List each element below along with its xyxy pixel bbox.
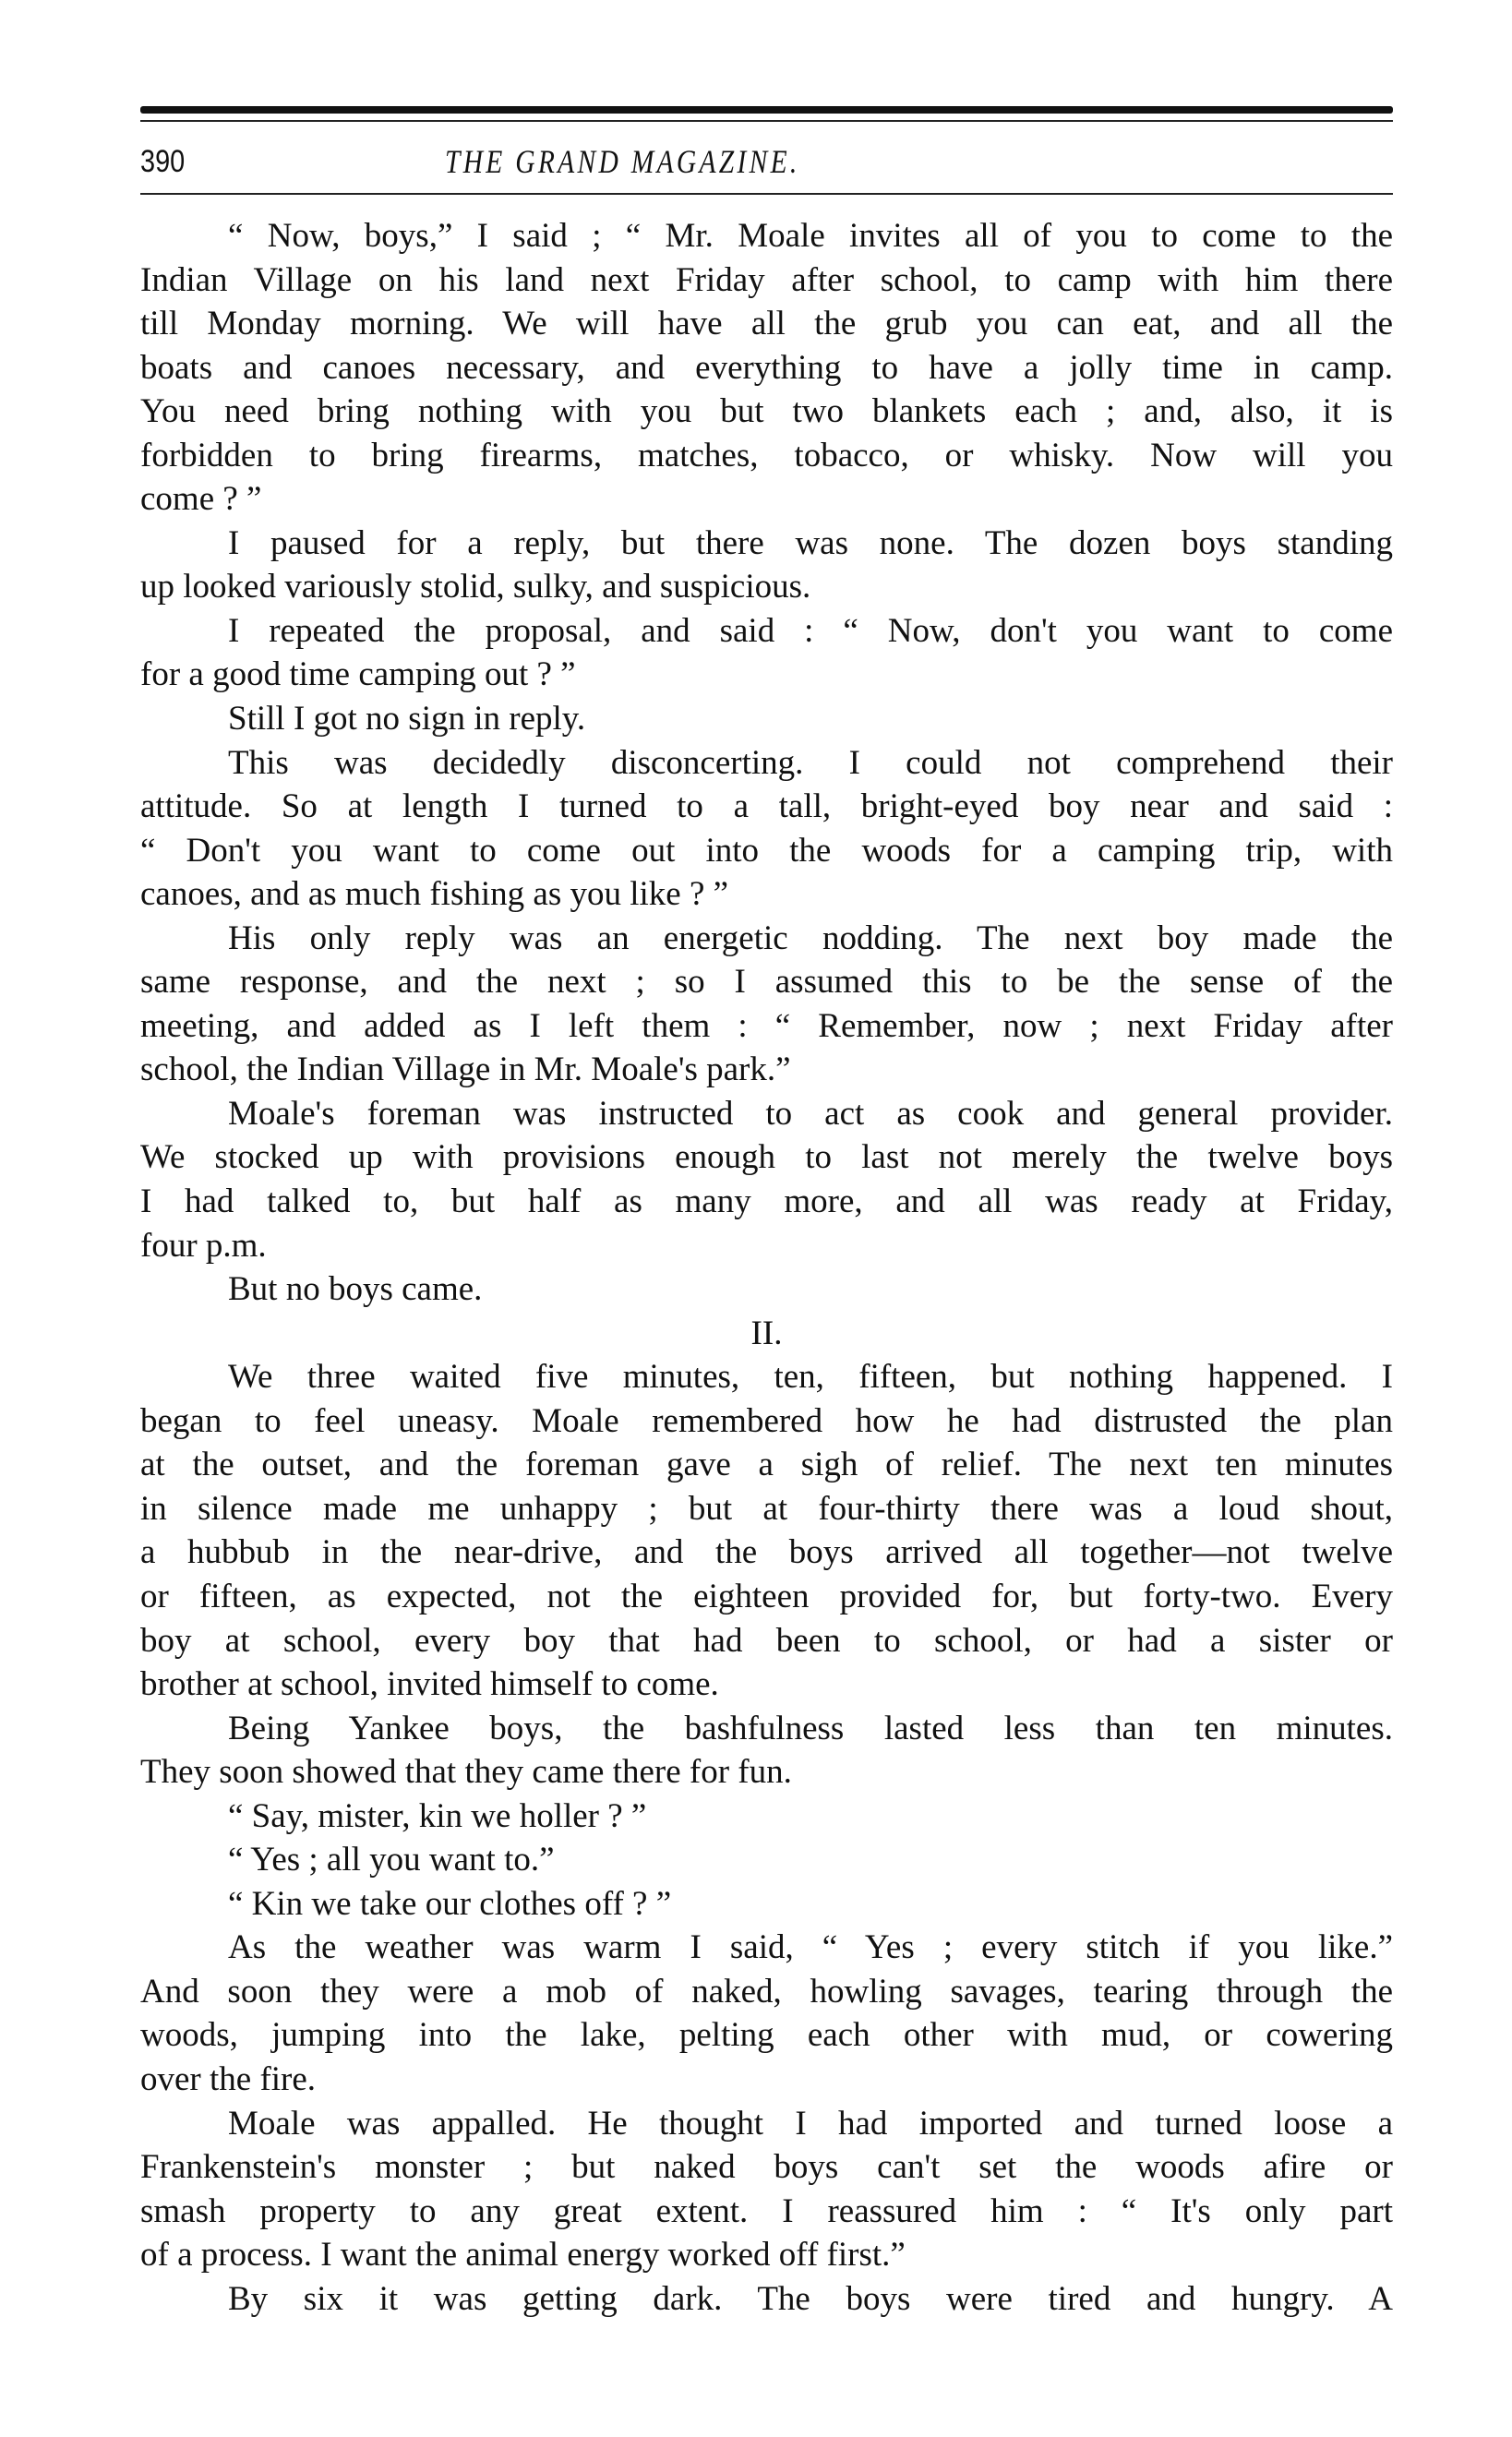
top-thick-rule — [140, 106, 1393, 114]
text-line: This was decidedly disconcerting. I coul… — [140, 741, 1393, 786]
text-line: We stocked up with provisions enough to … — [140, 1135, 1393, 1180]
text-line: Being Yankee boys, the bashfulness laste… — [140, 1707, 1393, 1751]
text-line: attitude. So at length I turned to a tal… — [140, 785, 1393, 829]
text-line: began to feel uneasy. Moale remembered h… — [140, 1399, 1393, 1444]
magazine-title: THE GRAND MAGAZINE. — [445, 140, 800, 183]
text-line: “ Don't you want to come out into the wo… — [140, 829, 1393, 873]
text-line: I had talked to, but half as many more, … — [140, 1180, 1393, 1224]
text-line: “ Yes ; all you want to.” — [140, 1838, 1393, 1882]
text-line: till Monday morning. We will have all th… — [140, 302, 1393, 346]
text-line: a hubbub in the near-drive, and the boys… — [140, 1531, 1393, 1575]
text-line: I repeated the proposal, and said : “ No… — [140, 609, 1393, 654]
text-line: And soon they were a mob of naked, howli… — [140, 1970, 1393, 2014]
text-line: “ Now, boys,” I said ; “ Mr. Moale invit… — [140, 214, 1393, 258]
text-line: over the fire. — [140, 2058, 1393, 2102]
text-line: As the weather was warm I said, “ Yes ; … — [140, 1926, 1393, 1970]
text-line: come ? ” — [140, 477, 1393, 522]
text-line: Moale was appalled. He thought I had imp… — [140, 2102, 1393, 2146]
article-body: “ Now, boys,” I said ; “ Mr. Moale invit… — [140, 214, 1393, 2321]
text-line: I paused for a reply, but there was none… — [140, 522, 1393, 566]
text-line: canoes, and as much fishing as you like … — [140, 872, 1393, 917]
text-line: They soon showed that they came there fo… — [140, 1750, 1393, 1795]
text-line: at the outset, and the foreman gave a si… — [140, 1443, 1393, 1487]
text-line: meeting, and added as I left them : “ Re… — [140, 1004, 1393, 1049]
top-thin-rule — [140, 120, 1393, 122]
text-line: of a process. I want the animal energy w… — [140, 2233, 1393, 2277]
text-line: His only reply was an energetic nodding.… — [140, 917, 1393, 961]
text-line: Moale's foreman was instructed to act as… — [140, 1092, 1393, 1136]
text-line: We three waited five minutes, ten, fifte… — [140, 1355, 1393, 1399]
text-line: smash property to any great extent. I re… — [140, 2190, 1393, 2234]
text-line: By six it was getting dark. The boys wer… — [140, 2277, 1393, 2322]
text-line: brother at school, invited himself to co… — [140, 1663, 1393, 1707]
text-line: in silence made me unhappy ; but at four… — [140, 1487, 1393, 1531]
text-line: four p.m. — [140, 1224, 1393, 1268]
text-line: or fifteen, as expected, not the eightee… — [140, 1575, 1393, 1619]
text-line: school, the Indian Village in Mr. Moale'… — [140, 1048, 1393, 1092]
header-bottom-rule — [140, 193, 1393, 195]
text-line: Indian Village on his land next Friday a… — [140, 258, 1393, 303]
text-line: You need bring nothing with you but two … — [140, 390, 1393, 434]
text-line: “ Say, mister, kin we holler ? ” — [140, 1795, 1393, 1839]
page-number: 390 — [140, 140, 185, 183]
text-line: Still I got no sign in reply. — [140, 697, 1393, 741]
text-line: up looked variously stolid, sulky, and s… — [140, 565, 1393, 609]
text-line: Frankenstein's monster ; but naked boys … — [140, 2145, 1393, 2190]
text-line: “ Kin we take our clothes off ? ” — [140, 1882, 1393, 1927]
section-heading: II. — [140, 1312, 1393, 1356]
text-line: forbidden to bring firearms, matches, to… — [140, 434, 1393, 478]
running-head: 390 THE GRAND MAGAZINE. — [140, 140, 1393, 183]
text-line: But no boys came. — [140, 1267, 1393, 1312]
text-line: woods, jumping into the lake, pelting ea… — [140, 2013, 1393, 2058]
text-line: boy at school, every boy that had been t… — [140, 1619, 1393, 1663]
text-line: for a good time camping out ? ” — [140, 653, 1393, 697]
text-line: same response, and the next ; so I assum… — [140, 960, 1393, 1004]
text-line: boats and canoes necessary, and everythi… — [140, 346, 1393, 390]
